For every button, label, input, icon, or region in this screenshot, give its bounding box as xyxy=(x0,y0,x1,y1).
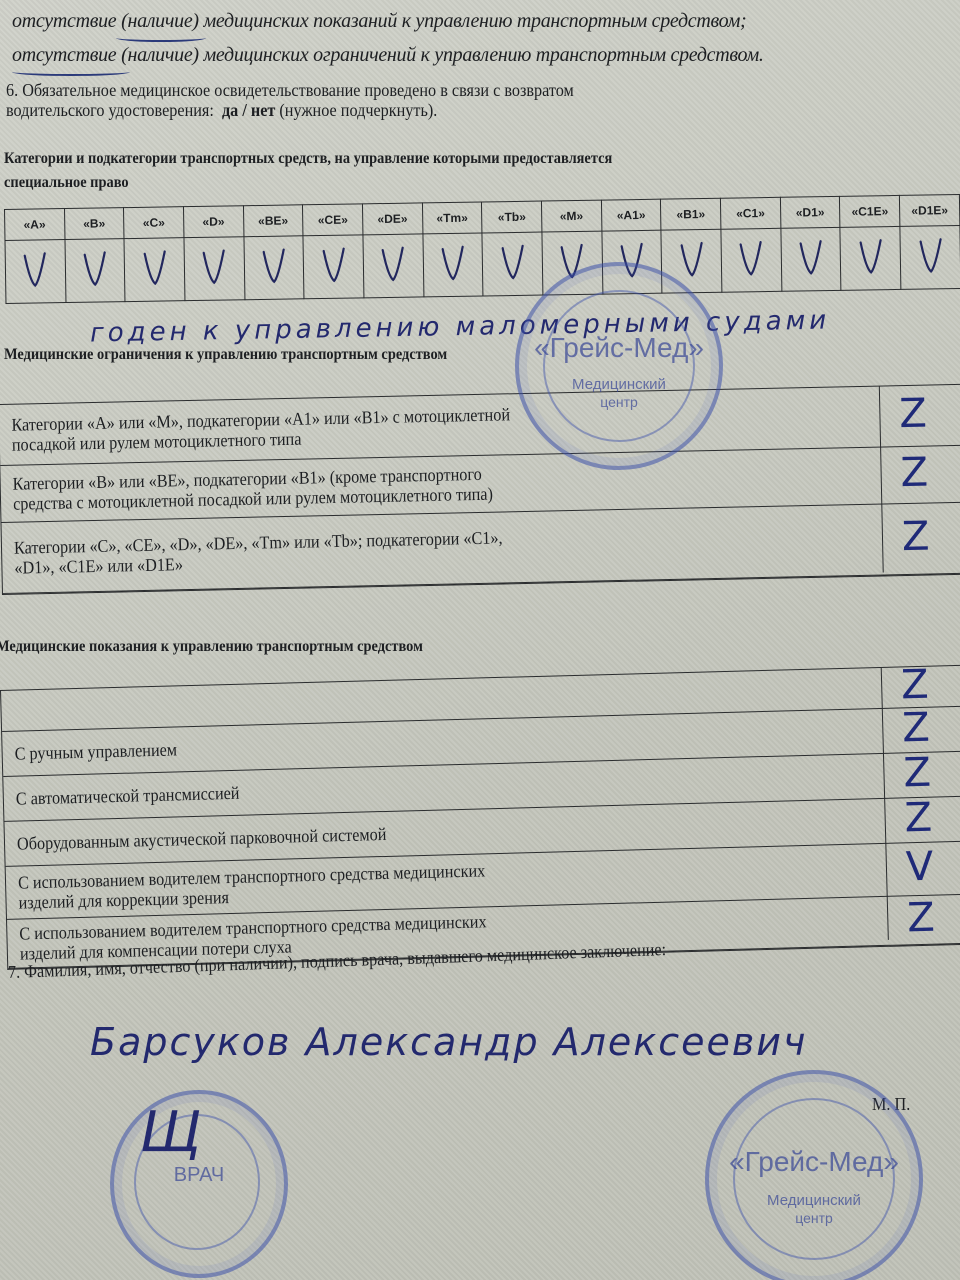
restrictions-title: Медицинские ограничения к управлению тра… xyxy=(4,346,447,364)
stamp-clinic-sub2: центр xyxy=(519,394,719,410)
restrictions-table: Категории «A» или «M», подкатегории «A1»… xyxy=(0,384,960,595)
checkmark-icon xyxy=(440,244,467,282)
item6-hint: (нужное подчеркнуть). xyxy=(279,100,437,120)
row-line1: С ручным управлением xyxy=(14,739,177,763)
stamp-clinic-sub1: Медицинский xyxy=(709,1192,919,1209)
category-header: «C1E» xyxy=(840,195,900,227)
checkmark-icon xyxy=(141,249,168,287)
answer-yes: да xyxy=(222,100,238,120)
item6-line2: водительского удостоверения: да / нет (н… xyxy=(6,100,437,121)
categories-table: «A»«B»«C»«D»«BE»«CE»«DE»«Tm»«Tb»«M»«A1»«… xyxy=(4,194,960,304)
category-mark-cell xyxy=(184,237,245,301)
item6-line1: 6. Обязательное медицинское освидетельст… xyxy=(6,80,574,101)
z-strike-icon: Z xyxy=(904,798,932,839)
checkmark-icon xyxy=(201,248,228,286)
checkmark-icon xyxy=(261,247,288,285)
z-strike-icon: Z xyxy=(902,517,930,558)
checkmark-icon xyxy=(82,250,109,288)
category-mark-cell xyxy=(65,239,126,303)
category-header: «CE» xyxy=(303,204,363,236)
category-header: «C» xyxy=(124,207,184,239)
category-header: «BE» xyxy=(243,205,303,237)
category-header: «M» xyxy=(541,200,601,232)
row-line1: С автоматической трансмиссией xyxy=(16,783,240,809)
stamp-clinic-name: «Грейс-Мед» xyxy=(709,1146,919,1178)
indications-table: ZС ручным управлениемZС автоматической т… xyxy=(0,665,960,970)
row-text: С использованием водителем транспортного… xyxy=(18,860,486,912)
checkmark-icon xyxy=(738,240,765,278)
checkmark-icon: V xyxy=(905,847,933,888)
stamp-clinic-sub2: центр xyxy=(709,1210,919,1226)
categories-title-line2: специальное право xyxy=(4,174,129,192)
category-header: «B1» xyxy=(661,198,721,230)
z-strike-icon: Z xyxy=(899,394,927,435)
checkmark-icon xyxy=(798,239,825,277)
clinic-stamp-top: «Грейс-Мед» Медицинский центр xyxy=(515,262,723,470)
z-strike-icon: Z xyxy=(903,753,931,794)
z-strike-icon: Z xyxy=(901,665,929,706)
category-mark-cell xyxy=(303,235,364,299)
underline-mark xyxy=(12,68,130,76)
category-mark-cell xyxy=(124,238,185,302)
category-mark-cell xyxy=(900,225,960,289)
row-text: Категории «A» или «M», подкатегории «A1»… xyxy=(11,404,510,454)
row-text: Категории «B» или «BE», подкатегории «B1… xyxy=(12,464,493,514)
category-mark-cell xyxy=(244,236,305,300)
item6-prefix: водительского удостоверения: xyxy=(6,100,214,120)
intro-text: отсутствие (наличие) медицинских огранич… xyxy=(12,44,764,66)
category-header: «A1» xyxy=(601,199,661,231)
checkmark-icon xyxy=(22,251,49,289)
row-text: С ручным управлением xyxy=(14,739,177,763)
category-header: «D» xyxy=(183,206,243,238)
z-strike-icon: Z xyxy=(907,898,935,939)
indications-title: Медицинские показания к управлению транс… xyxy=(0,638,423,656)
category-mark-cell xyxy=(721,228,782,292)
clinic-stamp-bottom: «Грейс-Мед» Медицинский центр xyxy=(705,1070,923,1280)
checkmark-icon xyxy=(499,243,526,281)
stamp-clinic-name: «Грейс-Мед» xyxy=(519,332,719,364)
answer-no: нет xyxy=(251,100,275,120)
category-header: «A» xyxy=(5,209,65,241)
doctor-signature-name: Барсуков Александр Алексеевич xyxy=(90,1020,807,1064)
checkmark-icon xyxy=(857,238,884,276)
checkmark-icon xyxy=(678,241,705,279)
category-header: «Tb» xyxy=(482,201,542,233)
category-mark-cell xyxy=(781,227,842,291)
categories-title-line1: Категории и подкатегории транспортных ср… xyxy=(4,150,612,168)
doctor-stamp-label: ВРАЧ xyxy=(114,1164,284,1187)
row-text: С автоматической трансмиссией xyxy=(16,783,240,809)
z-strike-icon: Z xyxy=(900,453,928,494)
category-header: «Tm» xyxy=(422,202,482,234)
intro-line-restrictions: отсутствие (наличие) медицинских огранич… xyxy=(12,44,764,67)
row-text: Категории «C», «CE», «D», «DE», «Tm» или… xyxy=(14,527,503,577)
category-header: «DE» xyxy=(362,203,422,235)
category-header: «B» xyxy=(64,208,124,240)
row-text: Оборудованным акустической парковочной с… xyxy=(17,824,387,854)
row-line1: Оборудованным акустической парковочной с… xyxy=(17,824,387,854)
category-mark-cell xyxy=(423,233,484,297)
category-header: «D1» xyxy=(780,196,840,228)
z-strike-icon: Z xyxy=(902,708,930,749)
category-mark-cell xyxy=(840,226,901,290)
category-header: «D1E» xyxy=(899,194,959,226)
underline-mark xyxy=(116,34,206,42)
checkmark-icon xyxy=(917,237,944,275)
stamp-clinic-sub1: Медицинский xyxy=(519,376,719,393)
checkmark-icon xyxy=(320,246,347,284)
category-mark-cell xyxy=(482,232,543,296)
category-mark-cell xyxy=(5,240,66,304)
doctor-signature-scribble: Щ xyxy=(140,1100,201,1165)
medical-certificate-page: отсутствие (наличие) медицинских показан… xyxy=(0,0,960,1280)
category-header: «C1» xyxy=(720,197,780,229)
answer-separator: / xyxy=(242,100,247,120)
intro-text: отсутствие (наличие) медицинских показан… xyxy=(12,10,746,32)
checkmark-icon xyxy=(380,245,407,283)
intro-line-indications: отсутствие (наличие) медицинских показан… xyxy=(12,10,746,33)
category-mark-cell xyxy=(363,234,424,298)
